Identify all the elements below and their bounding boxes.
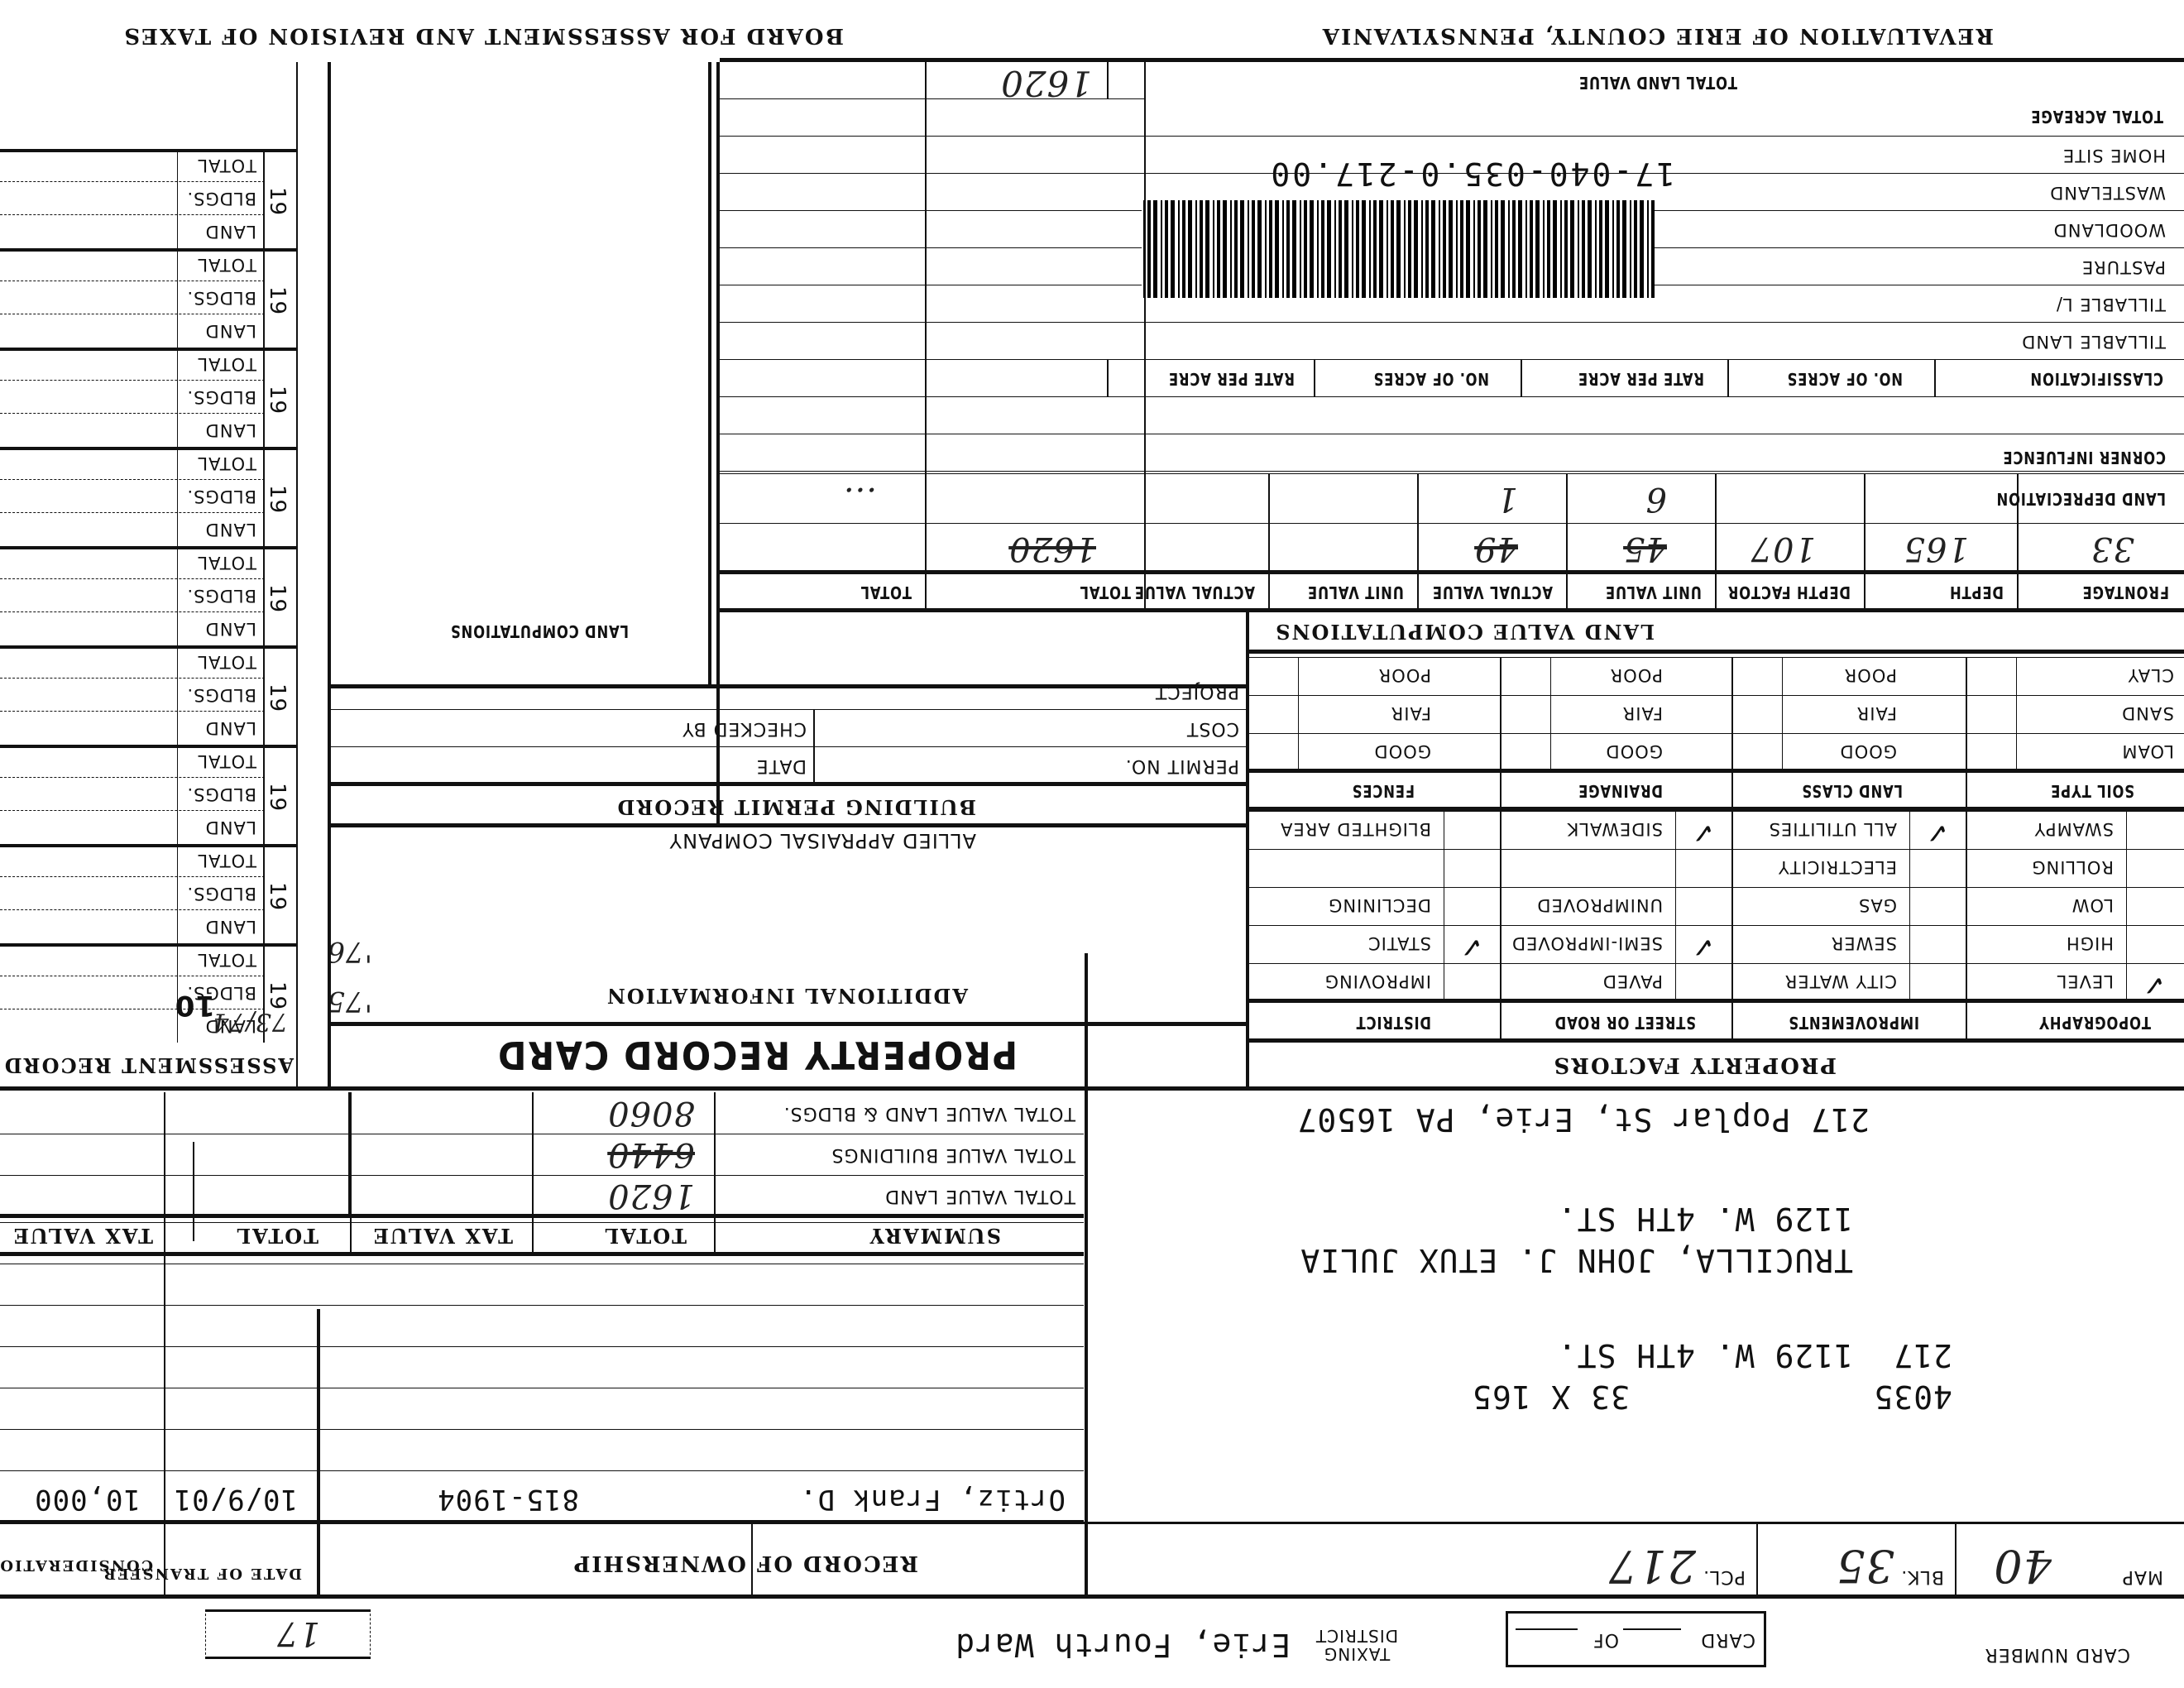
year-prefix: 19	[265, 286, 290, 315]
factor-checkbox[interactable]	[2126, 887, 2184, 925]
soil-checkbox[interactable]	[1733, 733, 1783, 771]
factor-checkbox[interactable]	[1909, 925, 1967, 963]
permit-date-label: DATE	[756, 755, 807, 776]
soil-checkbox[interactable]	[1967, 657, 2017, 695]
soil-option: SAND	[2121, 703, 2174, 723]
soil-checkbox[interactable]	[1733, 657, 1783, 695]
assessment-label: TOTAL	[197, 652, 256, 672]
property-factor-option: GAS	[1858, 895, 1897, 915]
parcel-row: MAP 40 BLK. 35 PCL. 217	[1084, 1524, 2184, 1599]
rate-per-acre-2: RATE PER ACRE	[1168, 369, 1295, 389]
factor-checkbox[interactable]	[1909, 963, 1967, 1001]
land-value-header: LAND VALUE COMPUTATIONS	[1274, 620, 1655, 644]
summary-header: SUMMARY	[869, 1224, 1001, 1248]
card-number-label: CARD NUMBER	[2014, 1643, 2130, 1665]
taxing-district-value: Erie, Fourth Ward	[955, 1627, 1291, 1663]
soil-checkbox[interactable]	[1967, 733, 2017, 771]
map-label: MAP	[2122, 1566, 2163, 1587]
of-label: OF	[1592, 1629, 1619, 1650]
ownership-header-row: RECORD OF OWNERSHIP DATE OF TRANSFER CON…	[0, 1524, 1084, 1599]
property-factor-option: PAVED	[1602, 971, 1663, 991]
rate-per-acre-1: RATE PER ACRE	[1578, 369, 1704, 389]
pcl-label: PCL.	[1703, 1566, 1746, 1587]
assessment-label: TOTAL	[197, 453, 256, 473]
card-title: PROPERTY RECORD CARD	[496, 1033, 1018, 1077]
consideration-cell: 10,000	[34, 1483, 141, 1516]
land-type-label: PASTURE	[2081, 257, 2166, 277]
assessment-label: BLDGS.	[186, 487, 256, 506]
assessment-label: TOTAL	[197, 950, 256, 970]
assessment-label: TOTAL	[197, 751, 256, 771]
property-factor-option: CITY WATER	[1784, 971, 1897, 991]
consideration-header: CONSIDERATION	[0, 1556, 153, 1574]
assessment-label: TOTAL	[197, 354, 256, 374]
year-prefix: 19	[265, 683, 290, 712]
factor-checkbox[interactable]	[1909, 849, 1967, 887]
factor-checkbox[interactable]	[1675, 963, 1733, 1001]
assessment-stamp: 10	[175, 989, 215, 1022]
first-assessment-year: 73/74	[213, 1007, 288, 1036]
mark-box-value: 17	[276, 1614, 320, 1652]
assessment-label: TOTAL	[197, 553, 256, 573]
land-type-label: WASTELAND	[2049, 183, 2166, 203]
assessment-label: LAND	[205, 321, 256, 341]
factor-checkbox[interactable]	[1675, 849, 1733, 887]
soil-option: FAIR	[1622, 703, 1663, 723]
permit-no-label: PERMIT NO.	[1125, 755, 1239, 776]
soil-checkbox[interactable]	[1501, 733, 1551, 771]
year-prefix: 19	[265, 386, 290, 415]
land-type-label: TILLABLE L/	[2056, 295, 2166, 314]
summary-header-row: SUMMARY TOTAL TAX VALUE TOTAL TAX VALUE	[0, 1218, 1084, 1256]
col-topography: TOPOGRAPHY	[2038, 1013, 2151, 1033]
assessment-label: BLDGS.	[186, 685, 256, 705]
property-factor-option: SIDEWALK	[1567, 819, 1663, 839]
assessment-year-block: 19LANDBLDGS.TOTAL	[0, 645, 298, 745]
summary-row-label: TOTAL VALUE BUILDINGS	[831, 1144, 1075, 1165]
factor-checkbox[interactable]: ✓	[1675, 811, 1733, 849]
col-street-road: STREET OR ROAD	[1554, 1013, 1696, 1033]
land-value-cell: 107	[1751, 530, 1816, 568]
year-prefix: 19	[265, 584, 290, 613]
land-value-column-header: DEPTH FACTOR	[1727, 583, 1851, 602]
factor-checkbox[interactable]: ✓	[1444, 925, 1501, 963]
factor-checkbox[interactable]	[1444, 811, 1501, 849]
assessment-label: LAND	[205, 420, 256, 440]
assessment-label: TOTAL	[197, 255, 256, 275]
factor-checkbox[interactable]	[1444, 849, 1501, 887]
classification-label: CLASSIFICATION	[2030, 369, 2163, 389]
factor-checkbox[interactable]: ✓	[1909, 811, 1967, 849]
card-of-box[interactable]: CARD OF	[1506, 1611, 1766, 1667]
assessment-record-header: ASSESSMENT RECORD	[3, 1053, 294, 1077]
property-factor-option: BLIGHTED AREA	[1280, 819, 1431, 839]
factor-checkbox[interactable]	[2126, 811, 2184, 849]
map-value: 40	[1993, 1540, 2052, 1592]
assessment-label: BLDGS.	[186, 387, 256, 407]
additional-info-header: ADDITIONAL INFORMATION	[606, 984, 968, 1008]
factor-checkbox[interactable]	[2126, 849, 2184, 887]
soil-option: POOR	[1610, 665, 1663, 685]
total-acreage-label: TOTAL ACREAGE	[2031, 107, 2163, 127]
property-address: 1129 W. 4TH ST.	[1557, 1337, 1853, 1374]
pcl-value: 217	[1608, 1540, 1696, 1592]
assessment-year-block: 19LANDBLDGS.TOTAL	[0, 447, 298, 546]
deed-cell: 815-1904	[437, 1483, 579, 1516]
assessment-label: BLDGS.	[186, 189, 256, 209]
summary-row-total: 8060	[607, 1094, 695, 1132]
land-depreciation-label: LAND DEPRECIATION	[1996, 489, 2166, 509]
assessment-label: BLDGS.	[186, 288, 256, 308]
assessment-label: LAND	[205, 222, 256, 242]
property-factor-option: LOW	[2071, 895, 2114, 915]
total-acreage-row: TOTAL ACREAGE	[720, 99, 2184, 137]
no-of-acres-2: NO. OF ACRES	[1373, 369, 1489, 389]
taxing-district-label: TAXING DISTRICT	[1303, 1627, 1410, 1663]
assessment-label: LAND	[205, 818, 256, 837]
land-value-row: 61...	[720, 473, 2184, 523]
mailing-address: 217 Poplar St, Erie, PA 16507	[1297, 1101, 1870, 1138]
blk-label: BLK.	[1900, 1566, 1944, 1587]
assessment-year-block: 19LANDBLDGS.TOTAL	[0, 546, 298, 645]
check-icon: ✓	[1926, 816, 1950, 849]
blk-value: 35	[1836, 1540, 1894, 1592]
factor-checkbox[interactable]	[1909, 887, 1967, 925]
property-factor-row: SWAMPYALL UTILITIES✓SIDEWALK✓BLIGHTED AR…	[1249, 811, 2184, 849]
land-value-row: 3316510745491620	[720, 523, 2184, 573]
factor-checkbox[interactable]	[1444, 887, 1501, 925]
land-value-column-header: UNIT VALUE	[1307, 583, 1404, 602]
assessment-label: BLDGS.	[186, 784, 256, 804]
property-factor-row: LOWGASUNIMPROVEDDECLINING	[1249, 887, 2184, 925]
property-factor-option: SEWER	[1831, 933, 1897, 953]
col-soil-type: SOIL TYPE	[2050, 781, 2134, 801]
revaluation-header: REVALUATION OF ERIE COUNTY, PENNSYLVANIA	[1321, 23, 1994, 48]
soil-row: LOAMGOODGOODGOOD	[1249, 733, 2184, 771]
check-icon: ✓	[1692, 930, 1716, 963]
soil-option: FAIR	[1856, 703, 1897, 723]
assessment-label: LAND	[205, 917, 256, 937]
assessment-year-block: 19LANDBLDGS.TOTAL	[0, 248, 298, 348]
card-blank	[1623, 1628, 1681, 1630]
factor-checkbox[interactable]	[1675, 887, 1733, 925]
assessment-year-block: 19LANDBLDGS.TOTAL	[0, 844, 298, 943]
summary-row: TOTAL VALUE LAND 1620	[0, 1175, 1084, 1216]
soil-option: FAIR	[1391, 703, 1431, 723]
soil-option: GOOD	[1839, 741, 1897, 761]
assessment-year-block: 19LANDBLDGS.TOTAL	[0, 149, 298, 248]
parcel-barcode	[1142, 200, 1655, 298]
assessment-year-block: 19LANDBLDGS.TOTAL	[0, 348, 298, 447]
property-factor-option: DECLINING	[1328, 895, 1431, 915]
assessment-label: TOTAL	[197, 156, 256, 175]
address-code: 4035	[1873, 1379, 1952, 1415]
col-district: DISTRICT	[1356, 1013, 1431, 1033]
soil-checkbox[interactable]	[1733, 695, 1783, 733]
assessment-label: BLDGS.	[186, 586, 256, 606]
land-value-cell: 1620	[1008, 530, 1096, 568]
assessment-label: TOTAL	[197, 851, 256, 870]
note-76: '76	[326, 935, 372, 968]
land-value-column-header: UNIT VALUE	[1605, 583, 1702, 602]
property-factors-columns: TOPOGRAPHY IMPROVEMENTS STREET OR ROAD D…	[1249, 1003, 2184, 1043]
col-improvements: IMPROVEMENTS	[1788, 1013, 1919, 1033]
note-75: '75	[326, 985, 372, 1018]
ownership-row: Ortiz, Frank D. 815-1904 10/9/01 10,000	[0, 1473, 1084, 1523]
soil-checkbox[interactable]	[1249, 695, 1299, 733]
land-value-cell: ...	[843, 480, 877, 518]
card-label: CARD	[1700, 1629, 1755, 1650]
property-factor-row: ROLLINGELECTRICITY	[1249, 849, 2184, 887]
parcel-id: 17-040-035.0-217.00	[1268, 156, 1675, 192]
land-value-column-header: TOTAL	[860, 583, 912, 602]
assessment-label: BLDGS.	[186, 884, 256, 904]
factor-checkbox[interactable]	[2126, 925, 2184, 963]
ownership-header: RECORD OF OWNERSHIP	[572, 1551, 918, 1575]
property-factor-option: STATIC	[1367, 933, 1431, 953]
land-types: TILLABLE LANDTILLABLE L/PASTUREWOODLANDW…	[1936, 112, 2184, 360]
soil-columns: SOIL TYPE LAND CLASS DRAINAGE FENCES	[1249, 773, 2184, 809]
summary-row-label: TOTAL VALUE LAND	[884, 1186, 1075, 1206]
total-land-value-amount: 1620	[1000, 63, 1092, 103]
soil-option: GOOD	[1373, 741, 1431, 761]
land-value-cell: 165	[1904, 530, 1969, 568]
property-factors-grid: LEVEL✓CITY WATERPAVEDIMPROVINGHIGHSEWERS…	[1249, 811, 2184, 1001]
year-prefix: 19	[265, 187, 290, 216]
soil-checkbox[interactable]	[1967, 695, 2017, 733]
permit-cost-label: COST	[1186, 718, 1239, 739]
col-fences: FENCES	[1352, 781, 1415, 801]
soil-checkbox[interactable]	[1249, 657, 1299, 695]
summary-tax-value-header-2: TAX VALUE	[12, 1224, 153, 1248]
of-blank	[1516, 1628, 1578, 1630]
land-value-cell: 1	[1497, 480, 1518, 518]
soil-checkbox[interactable]	[1501, 657, 1551, 695]
soil-option: GOOD	[1605, 741, 1663, 761]
lot-size: 33 X 165	[1472, 1379, 1630, 1415]
property-factor-option: SEMI-IMPROVED	[1511, 933, 1663, 953]
factor-checkbox[interactable]	[1444, 963, 1501, 1001]
land-value-columns: FRONTAGEDEPTHDEPTH FACTORUNIT VALUEACTUA…	[720, 574, 2184, 612]
assessment-year-block: 19LANDBLDGS.TOTAL	[0, 745, 298, 844]
land-type-label: WOODLAND	[2053, 220, 2166, 240]
land-value-cell: 45	[1623, 530, 1667, 568]
land-value-rows: 331651074549162061...	[720, 473, 2184, 573]
property-factor-option: ROLLING	[2031, 857, 2114, 877]
soil-grid: LOAMGOODGOODGOODSANDFAIRFAIRFAIRCLAYPOOR…	[1249, 655, 2184, 771]
factor-checkbox[interactable]: ✓	[2126, 963, 2184, 1001]
no-of-acres-1: NO. OF ACRES	[1787, 369, 1903, 389]
summary-total-header-1: TOTAL	[603, 1224, 687, 1248]
soil-option: POOR	[1378, 665, 1431, 685]
owner-cell: Ortiz, Frank D.	[799, 1483, 1066, 1516]
total-land-value-label: TOTAL LAND VALUE	[1578, 73, 1737, 93]
col-land-class: LAND CLASS	[1802, 781, 1903, 801]
check-icon: ✓	[2143, 968, 2167, 1001]
property-factors-header: PROPERTY FACTORS	[1553, 1053, 1837, 1077]
summary-tax-value-header-1: TAX VALUE	[372, 1224, 513, 1248]
soil-option: LOAM	[2121, 741, 2174, 761]
assessment-label: LAND	[205, 718, 256, 738]
year-prefix: 19	[265, 783, 290, 812]
owner-address: 1129 W. 4TH ST.	[1557, 1201, 1853, 1237]
soil-row: SANDFAIRFAIRFAIR	[1249, 695, 2184, 733]
assessment-label: LAND	[205, 520, 256, 539]
property-factor-option: IMPROVING	[1324, 971, 1431, 991]
property-factor-option: LEVEL	[2057, 971, 2114, 991]
permit-grid: PERMIT NO. DATE COST CHECKED BY PROJECT	[331, 673, 1249, 784]
corner-influence-label: CORNER INFLUENCE	[2003, 448, 2166, 468]
property-factor-row: LEVEL✓CITY WATERPAVEDIMPROVING	[1249, 963, 2184, 1001]
soil-checkbox[interactable]	[1501, 695, 1551, 733]
property-record-card: CARD NUMBER CARD OF TAXING DISTRICT Erie…	[0, 0, 2184, 1688]
soil-row: CLAYPOORPOORPOOR	[1249, 657, 2184, 695]
assessment-label: LAND	[205, 619, 256, 639]
soil-option: CLAY	[2128, 665, 2174, 685]
summary-row: TOTAL VALUE BUILDINGS 6440	[0, 1134, 1084, 1175]
year-prefix: 19	[265, 485, 290, 514]
owner-name: TRUCILLA, JOHN J. ETUX JULIA	[1300, 1242, 1853, 1278]
allied-appraisal-company: ALLIED APPRAISAL COMPANY	[669, 829, 977, 852]
summary-row-label: TOTAL VALUE LAND & BLDGS.	[783, 1103, 1075, 1124]
soil-checkbox[interactable]	[1249, 733, 1299, 771]
building-permit-header: BUILDING PERMIT RECORD	[616, 795, 976, 819]
mark-box: 17	[205, 1609, 371, 1659]
property-factor-row: HIGHSEWERSEMI-IMPROVED✓STATIC✓	[1249, 925, 2184, 963]
year-prefix: 19	[265, 981, 290, 1010]
land-value-cell: 33	[2091, 530, 2134, 568]
property-factor-option: SWAMPY	[2034, 819, 2114, 839]
land-type-label: HOME SITE	[2062, 146, 2166, 165]
land-value-column-header: ACTUAL VALUE	[1432, 583, 1553, 602]
property-factor-option: ALL UTILITIES	[1769, 819, 1897, 839]
land-value-cell: 6	[1645, 480, 1667, 518]
summary-rows: TOTAL VALUE LAND 1620 TOTAL VALUE BUILDI…	[0, 1092, 1084, 1216]
board-header: BOARD FOR ASSESSMENT AND REVISION OF TAX…	[122, 23, 844, 48]
check-icon: ✓	[1460, 930, 1484, 963]
land-computations-label: LAND COMPUTATIONS	[450, 621, 629, 641]
land-value-cell: 49	[1474, 530, 1518, 568]
land-value-column-header: ACTUAL VALUE	[1134, 583, 1255, 602]
land-type-label: TILLABLE LAND	[2021, 332, 2166, 352]
land-value-column-header: DEPTH	[1949, 583, 2004, 602]
factor-checkbox[interactable]: ✓	[1675, 925, 1733, 963]
land-value-column-header: TOTAL	[1080, 583, 1131, 602]
summary-row-total: 1620	[607, 1177, 695, 1215]
year-prefix: 19	[265, 882, 290, 911]
classification-row: CLASSIFICATION NO. OF ACRES RATE PER ACR…	[720, 360, 2184, 397]
summary-total-header-2: TOTAL	[235, 1224, 318, 1248]
address-number: 217	[1893, 1337, 1952, 1374]
soil-option: POOR	[1844, 665, 1897, 685]
land-value-column-header: FRONTAGE	[2082, 583, 2169, 602]
assessment-grid: 19LANDBLDGS.TOTAL19LANDBLDGS.TOTAL19LAND…	[0, 58, 298, 1043]
date-cell: 10/9/01	[174, 1483, 298, 1516]
property-factor-option: ELECTRICITY	[1778, 857, 1897, 877]
permit-checked-by-label: CHECKED BY	[682, 718, 807, 739]
col-drainage: DRAINAGE	[1578, 781, 1663, 801]
property-factor-option: HIGH	[2066, 933, 2114, 953]
check-icon: ✓	[1692, 816, 1716, 849]
summary-row: TOTAL VALUE LAND & BLDGS. 8060	[0, 1092, 1084, 1134]
summary-row-total: 6440	[607, 1135, 695, 1173]
property-factor-option: UNIMPROVED	[1536, 895, 1663, 915]
